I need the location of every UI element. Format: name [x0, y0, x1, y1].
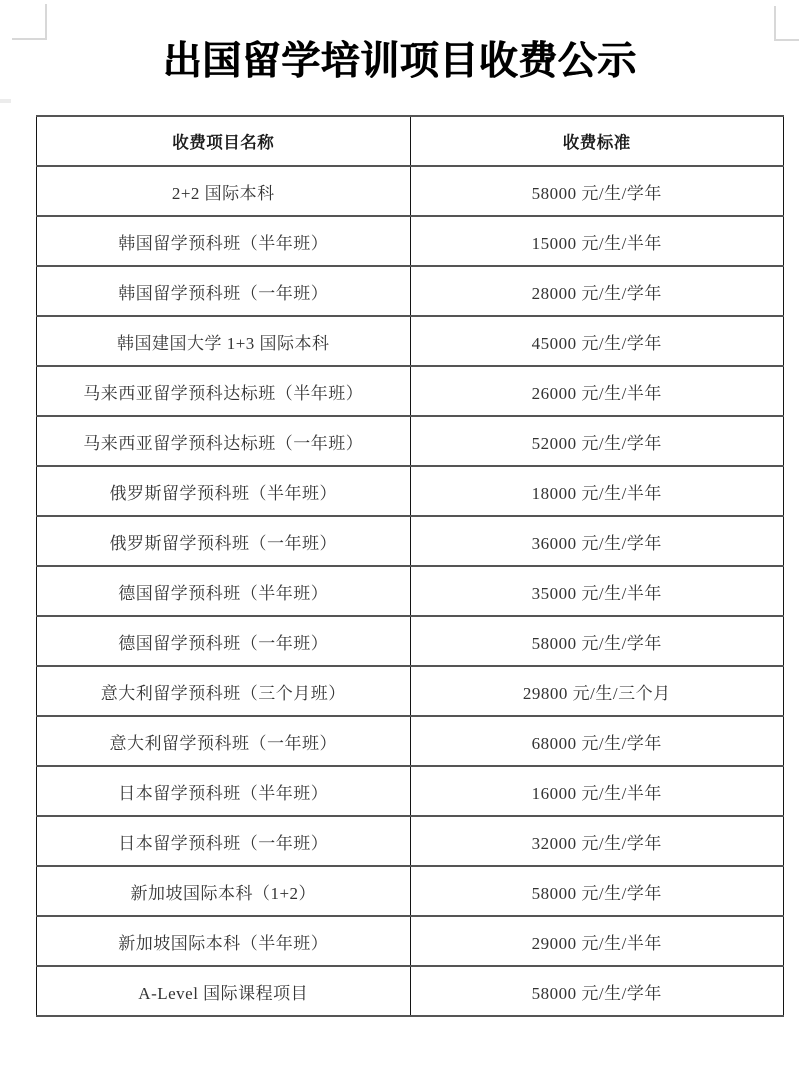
table-row: 马来西亚留学预科达标班（半年班）26000 元/生/半年: [37, 366, 784, 416]
fee-standard-cell: 58000 元/生/学年: [410, 966, 784, 1016]
table-row: 马来西亚留学预科达标班（一年班）52000 元/生/学年: [37, 416, 784, 466]
fee-standard-cell: 29800 元/生/三个月: [410, 666, 784, 716]
fee-standard-cell: 45000 元/生/学年: [410, 316, 784, 366]
fee-item-name-cell: 马来西亚留学预科达标班（半年班）: [37, 366, 411, 416]
column-header-fee-standard: 收费标准: [410, 116, 784, 166]
fee-item-name-cell: 俄罗斯留学预科班（一年班）: [37, 516, 411, 566]
fee-item-name-cell: 意大利留学预科班（三个月班）: [37, 666, 411, 716]
fee-item-name-cell: 德国留学预科班（半年班）: [37, 566, 411, 616]
fee-item-name-cell: 德国留学预科班（一年班）: [37, 616, 411, 666]
fee-standard-cell: 68000 元/生/学年: [410, 716, 784, 766]
fee-item-name-cell: 马来西亚留学预科达标班（一年班）: [37, 416, 411, 466]
fee-item-name-cell: 俄罗斯留学预科班（半年班）: [37, 466, 411, 516]
fee-item-name-cell: 意大利留学预科班（一年班）: [37, 716, 411, 766]
table-row: 韩国留学预科班（一年班）28000 元/生/学年: [37, 266, 784, 316]
table-row: 意大利留学预科班（三个月班）29800 元/生/三个月: [37, 666, 784, 716]
fee-item-name-cell: 2+2 国际本科: [37, 166, 411, 216]
table-row: 新加坡国际本科（1+2）58000 元/生/学年: [37, 866, 784, 916]
table-row: 俄罗斯留学预科班（一年班）36000 元/生/学年: [37, 516, 784, 566]
table-row: 韩国留学预科班（半年班）15000 元/生/半年: [37, 216, 784, 266]
table-row: 日本留学预科班（半年班）16000 元/生/半年: [37, 766, 784, 816]
fee-standard-cell: 36000 元/生/学年: [410, 516, 784, 566]
table-row: 俄罗斯留学预科班（半年班）18000 元/生/半年: [37, 466, 784, 516]
fee-item-name-cell: 新加坡国际本科（1+2）: [37, 866, 411, 916]
table-row: A-Level 国际课程项目58000 元/生/学年: [37, 966, 784, 1016]
fee-table-header: 收费项目名称 收费标准: [37, 116, 784, 166]
fee-item-name-cell: 日本留学预科班（半年班）: [37, 766, 411, 816]
fee-standard-cell: 28000 元/生/学年: [410, 266, 784, 316]
table-row: 意大利留学预科班（一年班）68000 元/生/学年: [37, 716, 784, 766]
fee-standard-cell: 35000 元/生/半年: [410, 566, 784, 616]
fee-standard-cell: 26000 元/生/半年: [410, 366, 784, 416]
fee-standard-cell: 32000 元/生/学年: [410, 816, 784, 866]
page-edge-mark: [0, 99, 11, 103]
column-header-item-name: 收费项目名称: [37, 116, 411, 166]
fee-item-name-cell: 新加坡国际本科（半年班）: [37, 916, 411, 966]
fee-standard-cell: 58000 元/生/学年: [410, 866, 784, 916]
fee-table: 收费项目名称 收费标准 2+2 国际本科58000 元/生/学年韩国留学预科班（…: [36, 115, 784, 1017]
table-row: 2+2 国际本科58000 元/生/学年: [37, 166, 784, 216]
fee-item-name-cell: 韩国留学预科班（一年班）: [37, 266, 411, 316]
fee-item-name-cell: 韩国建国大学 1+3 国际本科: [37, 316, 411, 366]
table-row: 德国留学预科班（半年班）35000 元/生/半年: [37, 566, 784, 616]
document-page: 出国留学培训项目收费公示 收费项目名称 收费标准 2+2 国际本科58000 元…: [0, 0, 799, 1080]
fee-item-name-cell: A-Level 国际课程项目: [37, 966, 411, 1016]
page-corner-mark-top-right-icon: [774, 6, 799, 41]
fee-standard-cell: 58000 元/生/学年: [410, 616, 784, 666]
fee-item-name-cell: 日本留学预科班（一年班）: [37, 816, 411, 866]
table-row: 德国留学预科班（一年班）58000 元/生/学年: [37, 616, 784, 666]
table-row: 日本留学预科班（一年班）32000 元/生/学年: [37, 816, 784, 866]
fee-standard-cell: 16000 元/生/半年: [410, 766, 784, 816]
fee-standard-cell: 18000 元/生/半年: [410, 466, 784, 516]
table-row: 新加坡国际本科（半年班）29000 元/生/半年: [37, 916, 784, 966]
table-row: 韩国建国大学 1+3 国际本科45000 元/生/学年: [37, 316, 784, 366]
page-corner-mark-top-left-icon: [12, 4, 47, 40]
fee-standard-cell: 15000 元/生/半年: [410, 216, 784, 266]
fee-standard-cell: 58000 元/生/学年: [410, 166, 784, 216]
fee-standard-cell: 29000 元/生/半年: [410, 916, 784, 966]
fee-item-name-cell: 韩国留学预科班（半年班）: [37, 216, 411, 266]
fee-standard-cell: 52000 元/生/学年: [410, 416, 784, 466]
fee-table-body: 2+2 国际本科58000 元/生/学年韩国留学预科班（半年班）15000 元/…: [37, 166, 784, 1016]
header-row: 收费项目名称 收费标准: [37, 116, 784, 166]
page-title: 出国留学培训项目收费公示: [0, 40, 799, 84]
